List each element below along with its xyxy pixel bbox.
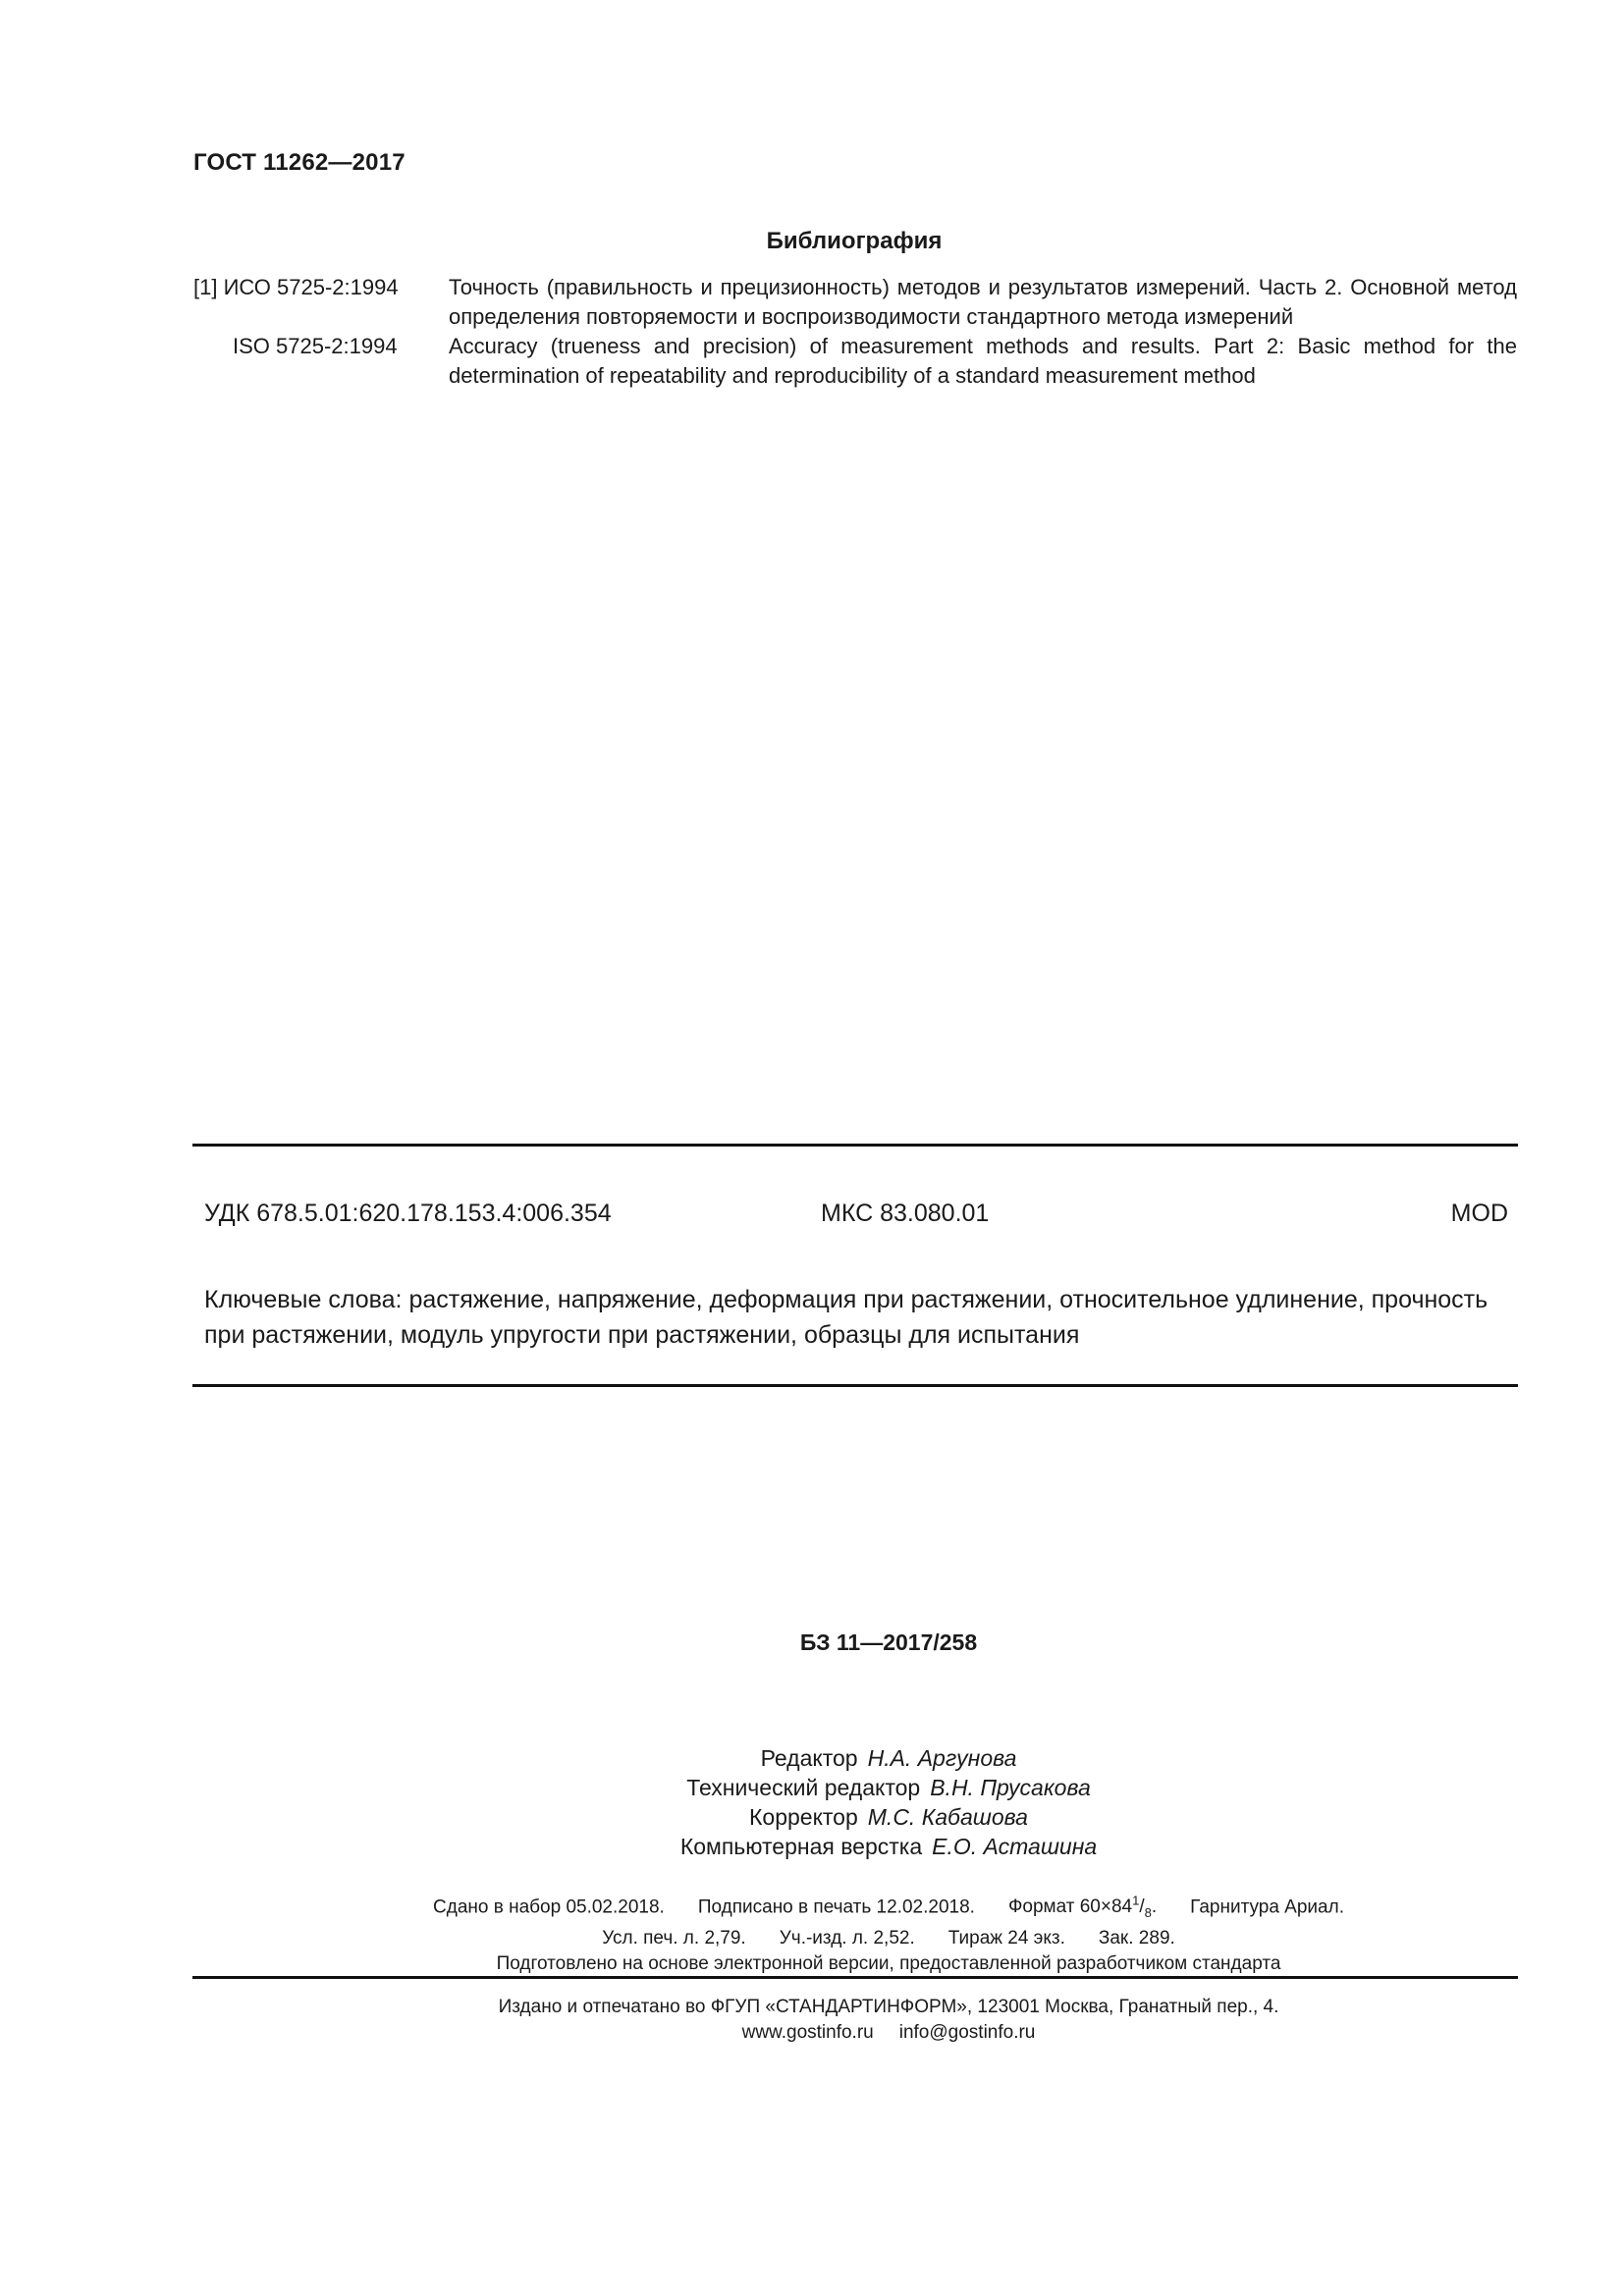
modification-mark: MOD: [1451, 1200, 1508, 1228]
publisher-line: Издано и отпечатано во ФГУП «СТАНДАРТИНФ…: [0, 1995, 1624, 2020]
staff-name: В.Н. Прусакова: [930, 1775, 1091, 1800]
circulation: Тираж 24 экз.: [948, 1928, 1065, 1949]
bibliography-text: Точность (правильность и прецизионность)…: [449, 273, 1517, 332]
divider-publisher: [192, 1976, 1518, 1979]
staff-line: Технический редакторВ.Н. Прусакова: [0, 1773, 1624, 1802]
staff-name: М.С. Кабашова: [868, 1804, 1028, 1830]
staff-role: Компьютерная верстка: [680, 1834, 922, 1859]
divider-keywords: [192, 1384, 1518, 1387]
divider-top: [192, 1144, 1518, 1147]
order-number: Зак. 289.: [1099, 1928, 1175, 1949]
staff-role: Корректор: [749, 1804, 858, 1830]
print-line-2: Усл. печ. л. 2,79.Уч.-изд. л. 2,52.Тираж…: [0, 1926, 1624, 1951]
bibliography-text: Accuracy (trueness and precision) of mea…: [449, 332, 1517, 391]
signed-date: Подписано в печать 12.02.2018.: [698, 1896, 975, 1917]
format-sub: 8: [1145, 1905, 1152, 1920]
staff-line: КорректорМ.С. Кабашова: [0, 1802, 1624, 1832]
staff-line: Компьютерная версткаЕ.О. Асташина: [0, 1832, 1624, 1861]
publisher-info: Издано и отпечатано во ФГУП «СТАНДАРТИНФ…: [0, 1995, 1624, 2046]
bz-code: БЗ 11—2017/258: [0, 1629, 1624, 1656]
keywords: Ключевые слова: растяжение, напряжение, …: [204, 1282, 1510, 1353]
format-suffix: .: [1152, 1896, 1157, 1917]
document-code: ГОСТ 11262—2017: [193, 149, 406, 177]
mks-code: МКС 83.080.01: [821, 1200, 1451, 1228]
bibliography-entry: ISO 5725-2:1994 Accuracy (trueness and p…: [193, 332, 1517, 391]
typeface: Гарнитура Ариал.: [1190, 1896, 1344, 1917]
bibliography-ref: [1] ИСО 5725-2:1994: [193, 273, 449, 332]
website-link[interactable]: www.gostinfo.ru: [742, 2022, 874, 2043]
udk-code: УДК 678.5.01:620.178.153.4:006.354: [204, 1200, 821, 1228]
publ-sheets: Уч.-изд. л. 2,52.: [780, 1928, 915, 1949]
staff-name: Н.А. Аргунова: [868, 1745, 1017, 1771]
paper-format: Формат 60×841/8.: [1008, 1896, 1157, 1917]
format-sup: 1: [1132, 1894, 1139, 1908]
staff-role: Технический редактор: [686, 1775, 920, 1800]
prepared-note: Подготовлено на основе электронной верси…: [0, 1951, 1624, 1977]
email-link[interactable]: info@gostinfo.ru: [899, 2022, 1036, 2043]
print-sheets: Усл. печ. л. 2,79.: [602, 1928, 746, 1949]
format-prefix: Формат 60×84: [1008, 1896, 1132, 1917]
print-details: Сдано в набор 05.02.2018.Подписано в печ…: [0, 1889, 1624, 1977]
classification-row: УДК 678.5.01:620.178.153.4:006.354 МКС 8…: [204, 1200, 1508, 1228]
publisher-contacts: www.gostinfo.ruinfo@gostinfo.ru: [0, 2020, 1624, 2046]
bibliography-list: [1] ИСО 5725-2:1994 Точность (правильнос…: [193, 273, 1517, 391]
staff-name: Е.О. Асташина: [932, 1834, 1097, 1859]
bibliography-ref: ISO 5725-2:1994: [193, 332, 449, 391]
staff-line: РедакторН.А. Аргунова: [0, 1743, 1624, 1773]
staff-credits: РедакторН.А. Аргунова Технический редакт…: [0, 1743, 1624, 1861]
bibliography-entry: [1] ИСО 5725-2:1994 Точность (правильнос…: [193, 273, 1517, 332]
bibliography-title: Библиография: [0, 228, 1624, 255]
staff-role: Редактор: [761, 1745, 858, 1771]
typeset-date: Сдано в набор 05.02.2018.: [433, 1896, 665, 1917]
print-line-1: Сдано в набор 05.02.2018.Подписано в печ…: [0, 1889, 1624, 1926]
